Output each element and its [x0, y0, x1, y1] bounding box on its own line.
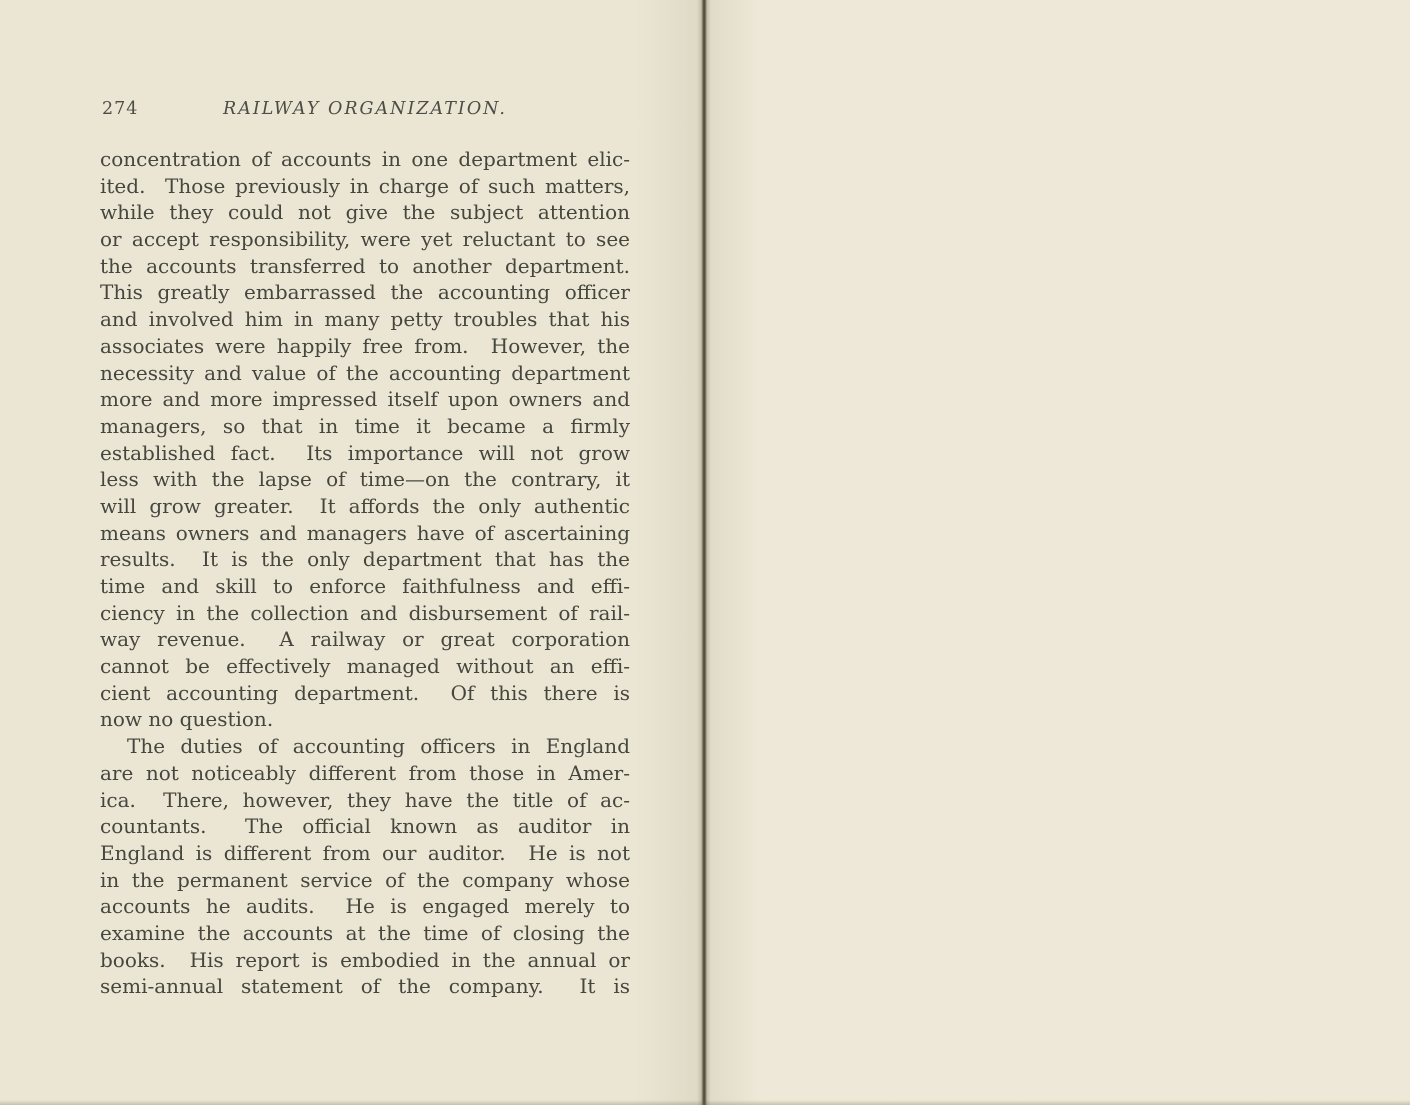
text-line: the accounts transferred to another depa…: [100, 253, 630, 280]
running-title-left: RAILWAY ORGANIZATION.: [223, 99, 507, 119]
text-line: way revenue. A railway or great corporat…: [100, 626, 630, 653]
running-header-left: 274 RAILWAY ORGANIZATION.: [100, 98, 630, 120]
text-line: established fact. Its importance will no…: [100, 440, 630, 467]
page-number-left: 274: [102, 98, 138, 120]
text-line: associates were happily free from. Howev…: [100, 333, 630, 360]
text-line: cannot be effectively managed without an…: [100, 653, 630, 680]
text-line: The duties of accounting officers in Eng…: [100, 733, 630, 760]
book-scan: 274 RAILWAY ORGANIZATION. concentration …: [0, 0, 1410, 1105]
text-line: concentration of accounts in one departm…: [100, 146, 630, 173]
text-line: countants. The official known as auditor…: [100, 813, 630, 840]
text-line: time and skill to enforce faithfulness a…: [100, 573, 630, 600]
text-line: cient accounting department. Of this the…: [100, 680, 630, 707]
text-line: are not noticeably different from those …: [100, 760, 630, 787]
text-line: books. His report is embodied in the ann…: [100, 947, 630, 974]
text-line: results. It is the only department that …: [100, 546, 630, 573]
text-line: or accept responsibility, were yet reluc…: [100, 226, 630, 253]
book-page-left: 274 RAILWAY ORGANIZATION. concentration …: [0, 0, 705, 1105]
text-line: will grow greater. It affords the only a…: [100, 493, 630, 520]
text-line: semi-annual statement of the company. It…: [100, 973, 630, 1000]
text-line: examine the accounts at the time of clos…: [100, 920, 630, 947]
text-line: accounts he audits. He is engaged merely…: [100, 893, 630, 920]
text-line: less with the lapse of time—on the contr…: [100, 466, 630, 493]
text-line: ica. There, however, they have the title…: [100, 787, 630, 814]
text-line: and involved him in many petty troubles …: [100, 306, 630, 333]
text-line: managers, so that in time it became a fi…: [100, 413, 630, 440]
text-line: means owners and managers have of ascert…: [100, 520, 630, 547]
text-line: ited. Those previously in charge of such…: [100, 173, 630, 200]
text-line: more and more impressed itself upon owne…: [100, 386, 630, 413]
text-line: England is different from our auditor. H…: [100, 840, 630, 867]
page-text-left: concentration of accounts in one departm…: [100, 146, 630, 1000]
text-line: in the permanent service of the company …: [100, 867, 630, 894]
text-line: now no question.: [100, 706, 630, 733]
text-line: necessity and value of the accounting de…: [100, 360, 630, 387]
text-line: ciency in the collection and disbursemen…: [100, 600, 630, 627]
book-page-right: DUTIES OF ACCOUNTING OFFICER. 275 for th…: [705, 0, 1410, 1105]
text-line: This greatly embarrassed the accounting …: [100, 279, 630, 306]
text-line: while they could not give the subject at…: [100, 199, 630, 226]
